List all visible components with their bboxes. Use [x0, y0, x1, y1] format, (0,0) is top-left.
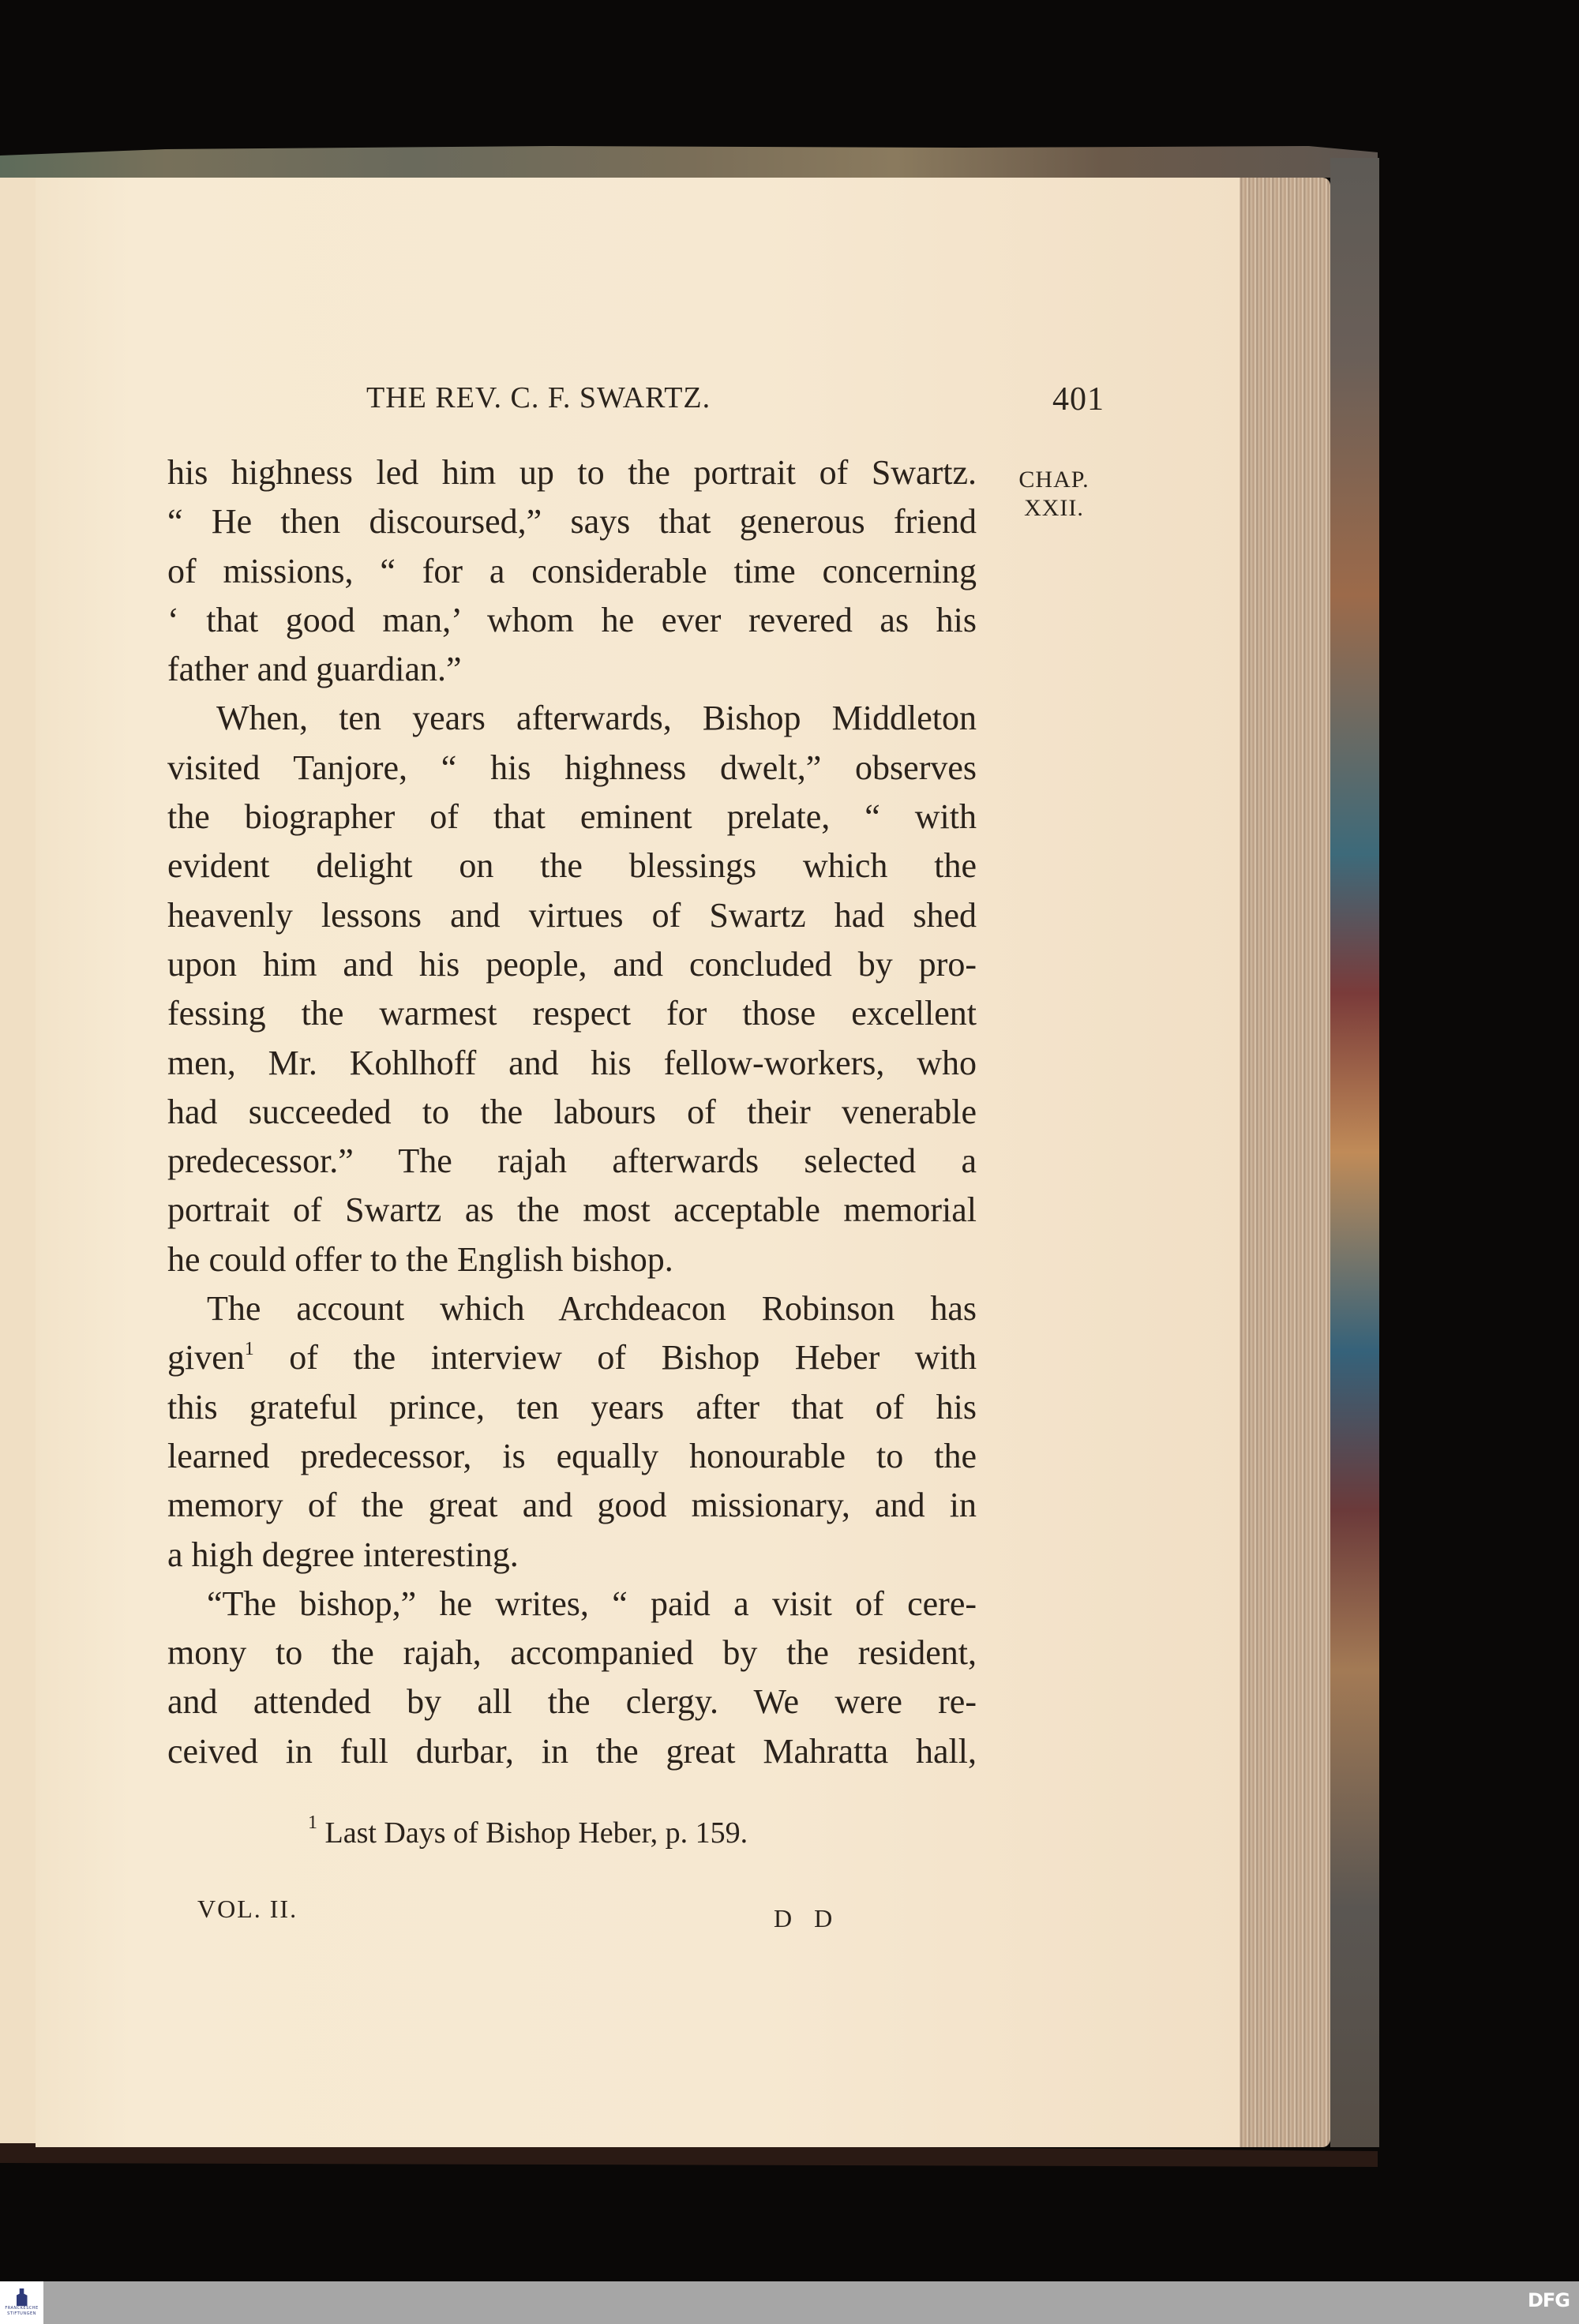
text-line: predecessor.” The rajah afterwards selec… [167, 1137, 977, 1186]
text-line: evident delight on the blessings which t… [167, 842, 977, 890]
logo-text-line-1: FRANCKESCHE [5, 2306, 38, 2311]
text-line: and attended by all the clergy. We were … [167, 1677, 977, 1726]
signature-volume: VOL. II. [197, 1895, 298, 1924]
text-line: this grateful prince, ten years after th… [167, 1383, 977, 1432]
footnote-marker: 1 [308, 1812, 317, 1833]
page-number: 401 [1052, 380, 1105, 418]
text-line: his highness led him up to the portrait … [167, 448, 977, 497]
text-line: mony to the rajah, accompanied by the re… [167, 1629, 977, 1677]
text-line: men, Mr. Kohlhoff and his fellow-workers… [167, 1039, 977, 1088]
text-line: portrait of Swartz as the most acceptabl… [167, 1186, 977, 1235]
text-fragment: of the interview of Bishop Heber with [254, 1338, 977, 1377]
text-line: The account which Archdeacon Robinson ha… [167, 1284, 977, 1333]
running-head-title: THE REV. C. F. SWARTZ. [366, 380, 711, 415]
statue-icon [17, 2288, 28, 2306]
text-line: “The bishop,” he writes, “ paid a visit … [167, 1580, 977, 1629]
text-line: When, ten years afterwards, Bishop Middl… [167, 694, 977, 743]
side-note-number: XXII. [1007, 494, 1101, 523]
text-line: ceived in full durbar, in the great Mahr… [167, 1727, 977, 1776]
footnote: 1 Last Days of Bishop Heber, p. 159. [308, 1816, 748, 1850]
scan-background: THE REV. C. F. SWARTZ. 401 CHAP. XXII. h… [0, 0, 1579, 2281]
text-line: the biographer of that eminent prelate, … [167, 793, 977, 842]
text-line: visited Tanjore, “ his highness dwelt,” … [167, 744, 977, 793]
facing-page-sliver [0, 178, 37, 2143]
page-block-edges [1236, 178, 1330, 2147]
text-line: a high degree interesting. [167, 1531, 977, 1580]
chapter-side-note: CHAP. XXII. [1007, 466, 1101, 523]
text-line: he could offer to the English bishop. [167, 1235, 977, 1284]
text-line: upon him and his people, and concluded b… [167, 940, 977, 989]
text-line: memory of the great and good missionary,… [167, 1481, 977, 1530]
text-line: ‘ that good man,’ whom he ever revered a… [167, 596, 977, 645]
text-line: father and guardian.” [167, 645, 977, 694]
body-text: his highness led him up to the portrait … [167, 448, 977, 1776]
footnote-text: Last Days of Bishop Heber, p. 159. [325, 1816, 748, 1850]
signature-mark: D D [774, 1904, 840, 1933]
text-line: of missions, “ for a considerable time c… [167, 547, 977, 596]
text-fragment: given [167, 1338, 245, 1377]
text-line-with-footnote-ref: given1 of the interview of Bishop Heber … [167, 1333, 977, 1382]
book-cover-marbled-edge [1330, 158, 1379, 2147]
viewer-footer-bar: FRANCKESCHE STIFTUNGEN DFG [0, 2281, 1579, 2324]
side-note-chap: CHAP. [1007, 466, 1101, 494]
logo-text-line-2: STIFTUNGEN [7, 2311, 36, 2317]
text-line: learned predecessor, is equally honourab… [167, 1432, 977, 1481]
book-cover-top-edge [0, 146, 1378, 178]
text-line: had succeeded to the labours of their ve… [167, 1088, 977, 1137]
text-line: heavenly lessons and virtues of Swartz h… [167, 891, 977, 940]
text-line: fessing the warmest respect for those ex… [167, 989, 977, 1038]
footnote-reference: 1 [245, 1339, 254, 1359]
francke-foundation-logo[interactable]: FRANCKESCHE STIFTUNGEN [0, 2281, 43, 2324]
dfg-logo[interactable]: DFG [1528, 2289, 1570, 2311]
text-line: “ He then discoursed,” says that generou… [167, 497, 977, 546]
